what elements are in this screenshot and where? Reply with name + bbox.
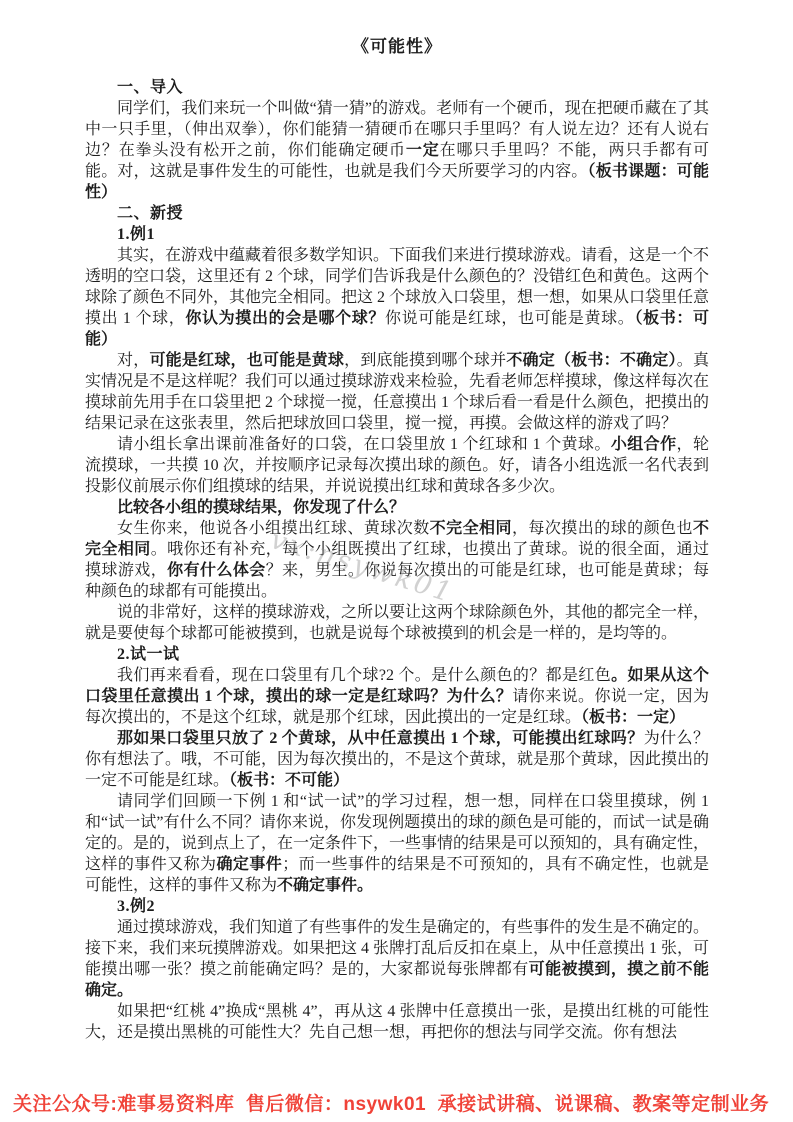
footer-banner: 关注公众号:难事易资料库 售后微信：nsywk01 承接试讲稿、说课稿、教案等定… bbox=[13, 1089, 793, 1116]
paragraph: 女生你来，他说各小组摸出红球、黄球次数不完全相同，每次摸出的球的颜色也不完全相同… bbox=[85, 518, 709, 602]
section-heading: 2.试一试 bbox=[85, 644, 709, 665]
section-heading: 1.例1 bbox=[85, 224, 709, 245]
paragraph: 对，可能是红球，也可能是黄球，到底能摸到哪个球并不确定（板书：不确定）。真实情况… bbox=[85, 350, 709, 434]
paragraph: 说的非常好，这样的摸球游戏，之所以要让这两个球除颜色外，其他的都完全一样，就是要… bbox=[85, 602, 709, 644]
section-heading: 3.例2 bbox=[85, 896, 709, 917]
document-page: { "page": { "title": "《可能性》" }, "waterma… bbox=[0, 0, 793, 1122]
document-content: 一、导入同学们，我们来玩一个叫做“猜一猜”的游戏。老师有一个硬币，现在把硬币藏在… bbox=[85, 77, 709, 1043]
paragraph: 比较各小组的摸球结果，你发现了什么？ bbox=[85, 497, 709, 518]
paragraph: 通过摸球游戏，我们知道了有些事件的发生是确定的，有些事件的发生是不确定的。接下来… bbox=[85, 917, 709, 1001]
document: 《可能性》 一、导入同学们，我们来玩一个叫做“猜一猜”的游戏。老师有一个硬币，现… bbox=[85, 32, 709, 1043]
section-heading: 一、导入 bbox=[85, 77, 709, 98]
paragraph: 同学们，我们来玩一个叫做“猜一猜”的游戏。老师有一个硬币，现在把硬币藏在了其中一… bbox=[85, 98, 709, 203]
paragraph: 请同学们回顾一下例 1 和“试一试”的学习过程，想一想，同样在口袋里摸球，例 1… bbox=[85, 791, 709, 896]
paragraph: 那如果口袋里只放了 2 个黄球，从中任意摸出 1 个球，可能摸出红球吗？为什么？… bbox=[85, 728, 709, 791]
section-heading: 二、新授 bbox=[85, 203, 709, 224]
paragraph: 如果把“红桃 4”换成“黑桃 4”，再从这 4 张牌中任意摸出一张，是摸出红桃的… bbox=[85, 1001, 709, 1043]
paragraph: 其实，在游戏中蕴藏着很多数学知识。下面我们来进行摸球游戏。请看，这是一个不透明的… bbox=[85, 245, 709, 350]
document-title: 《可能性》 bbox=[85, 32, 709, 57]
paragraph: 我们再来看看，现在口袋里有几个球?2 个。是什么颜色的？都是红色。如果从这个口袋… bbox=[85, 665, 709, 728]
paragraph: 请小组长拿出课前准备好的口袋，在口袋里放 1 个红球和 1 个黄球。小组合作，轮… bbox=[85, 434, 709, 497]
